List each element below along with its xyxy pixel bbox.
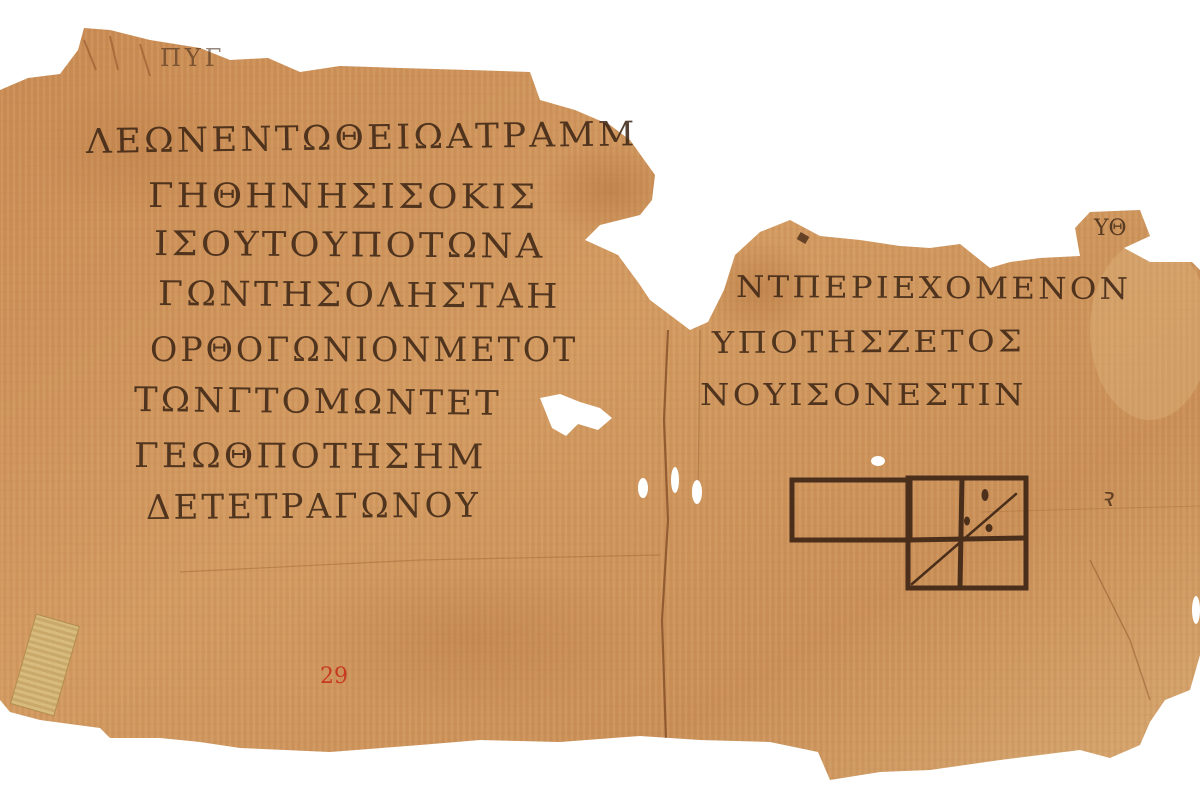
- text-line: ΓΕΩΘΠΟΤΗΣΗΜ: [134, 436, 487, 477]
- top-partial-text: ΠΥΓ: [160, 44, 225, 72]
- text-line: ΓΗΘΗΝΗΣΙΣΟΚΙΣ: [148, 176, 538, 217]
- margin-annotation: ꝛ: [1100, 478, 1112, 514]
- text-line: ΝΤΠΕΡΙΕΧΟΜΕΝΟΝ: [736, 270, 1131, 307]
- text-line: ΔΕΤΕΤΡΑΓΩΝΟΥ: [146, 486, 481, 528]
- text-line: ΤΩΝΓΤΟΜΩΝΤΕΤ: [134, 380, 502, 424]
- text-line: ΓΩΝΤΗΣΟΛΗΣΤΑΗ: [158, 274, 561, 317]
- text-line: ΥΠΟΤΗΣΖΕΤΟΣ: [712, 324, 1025, 361]
- text-line: ΟΡΘΟΓΩΝΙΟΝΜΕΤΟΤ: [150, 330, 578, 370]
- text-line: ΝΟΥΙΣΟΝΕΣΤΙΝ: [700, 378, 1027, 413]
- text-line: ΛΕΩΝΕΝΤΩΘΕΙΩΑΤΡΑΜΜ: [86, 114, 638, 162]
- papyrus-image: ΠΥΓ ΛΕΩΝΕΝΤΩΘΕΙΩΑΤΡΑΜΜ ΓΗΘΗΝΗΣΙΣΟΚΙΣ ΙΣΟ…: [0, 0, 1200, 800]
- inventory-number: 29: [320, 664, 348, 689]
- top-fragment-text: ΥΘ: [1094, 216, 1127, 241]
- text-line: ΙΣΟΥΤΟΥΠΟΤΩΝΑ: [154, 224, 546, 267]
